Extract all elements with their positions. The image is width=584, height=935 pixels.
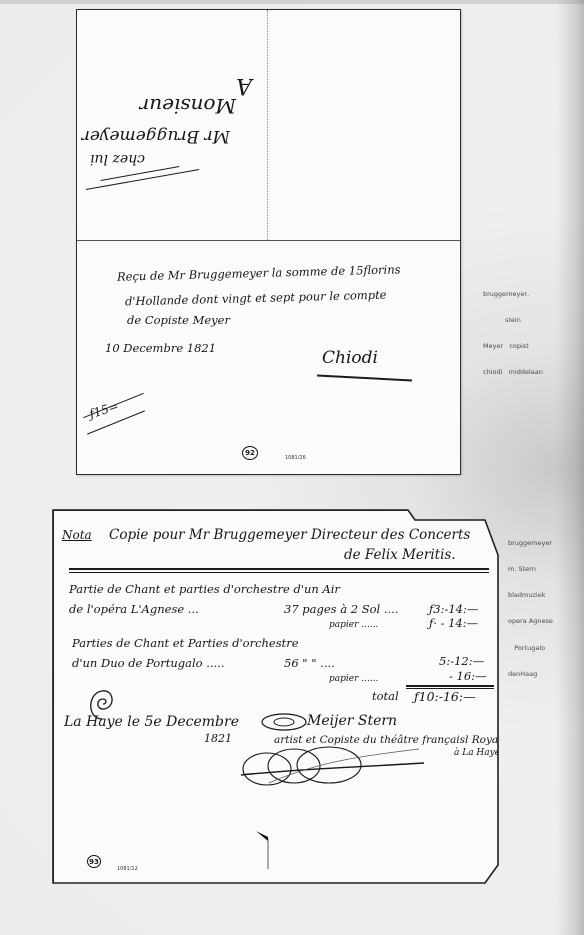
scan-right-shadow [556, 0, 584, 935]
folio-number-92: 92 [242, 446, 258, 460]
invoice-title: Copie pour Mr Bruggemeyer Directeur des … [109, 529, 470, 543]
annotation-line: bladmuziek [508, 591, 553, 600]
item-2-papier: papier ...... [329, 675, 378, 684]
archive-reference: 1081/26 [285, 455, 306, 461]
folio-number-93: 93 [87, 855, 101, 868]
annotation-line: Meyer copist [483, 342, 543, 351]
header-rule-2 [69, 572, 489, 573]
nota-label: Nota [62, 529, 92, 541]
item-2-description-2: d'un Duo de Portugalo ..... [72, 658, 225, 670]
item-2-amount: 5:-12:— [439, 656, 484, 668]
item-2-papier-amount: - 16:— [449, 671, 487, 683]
document-receipt-chiodi: A Monsieur Mr Bruggemeyer chez lui Reçu … [77, 10, 460, 474]
pencil-annotation-top: bruggemeyer, stein Meyer copist chiodi m… [483, 272, 543, 386]
annotation-line: bruggemeyer [508, 539, 553, 548]
receipt-date: 10 Decembre 1821 [105, 343, 216, 355]
address-block-inverted: A Monsieur Mr Bruggemeyer chez lui [85, 70, 260, 200]
annotation-line: Portugalo [508, 644, 553, 653]
item-1-papier-amount: ƒ· - 14:— [429, 618, 478, 630]
annotation-line: m. Stern [508, 565, 553, 574]
document-invoice-meijer-stern: Nota Copie pour Mr Bruggemeyer Directeur… [53, 510, 500, 885]
item-1-amount: ƒ3:-14:— [429, 604, 478, 616]
item-1-description-1: Partie de Chant et parties d'orchestre d… [69, 584, 340, 596]
receipt-line-1: Reçu de Mr Bruggemeyer la somme de 15flo… [117, 264, 401, 283]
pencil-annotation-bottom: bruggemeyer m. Stern bladmuziek opera Ag… [508, 521, 553, 688]
signature-loop-icon [259, 711, 309, 733]
annotation-line: bruggemeyer, [483, 290, 543, 299]
receipt-amount-note: ƒ15= [88, 400, 120, 421]
address-line-recipient: Mr Bruggemeyer [82, 127, 230, 144]
item-2-pages: 56 " " .... [284, 658, 335, 670]
fold-line-vertical [267, 10, 269, 240]
fold-line-horizontal [77, 240, 460, 241]
item-1-pages: 37 pages à 2 Sol .... [284, 604, 398, 616]
annotation-line: opera Agnese [508, 617, 553, 626]
item-1-papier: papier ...... [329, 621, 378, 630]
archive-reference: 1081/12 [117, 866, 138, 872]
receipt-line-2: d'Hollande dont vingt et sept pour le co… [125, 290, 387, 308]
header-rule [69, 568, 489, 570]
receipt-line-3: de Copiste Meyer [127, 315, 230, 327]
invoice-subtitle: de Felix Meritis. [344, 549, 456, 563]
signature-flourish-icon [239, 741, 429, 791]
total-label: total [372, 691, 399, 703]
item-2-description-1: Parties de Chant et Parties d'orchestre [72, 638, 299, 650]
annotation-line: chiodi middelaan [483, 368, 543, 377]
invoice-year: 1821 [204, 733, 232, 744]
total-amount: ƒ10:-16:— [414, 691, 476, 704]
address-line-monsieur: Monsieur [140, 96, 236, 116]
annotation-line: denHaag [508, 670, 553, 679]
corner-mark-icon [254, 829, 270, 869]
scan-top-edge [0, 0, 584, 4]
total-rule [406, 685, 494, 687]
address-line-a: A [236, 74, 252, 96]
annotation-line: stein [483, 316, 543, 325]
place-date: La Haye le 5e Decembre [64, 715, 239, 729]
item-1-description-2: de l'opéra L'Agnese ... [69, 604, 199, 616]
signature-place: à La Haye [454, 749, 500, 758]
address-line-chez-lui: chez lui [90, 152, 145, 166]
receipt-signature: Chiodi [322, 350, 378, 367]
signature-underline [317, 375, 412, 381]
signature-name: Meijer Stern [307, 714, 397, 728]
